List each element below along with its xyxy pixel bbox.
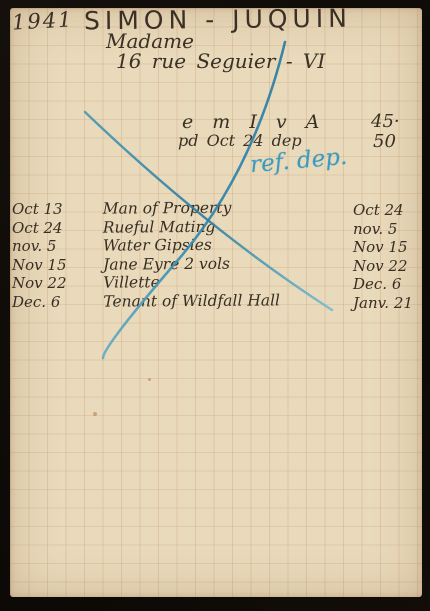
member-address: 16 rue Seguier - VI bbox=[116, 49, 325, 73]
book-title: Tenant of Wildfall Hall bbox=[103, 291, 280, 311]
book-title: Rueful Mating bbox=[103, 217, 280, 237]
checkout-date: Oct 13 bbox=[12, 200, 67, 219]
book-title: Man of Property bbox=[103, 198, 280, 218]
checkout-date: Oct 24 bbox=[12, 219, 67, 238]
membership-codes: e m I v A bbox=[182, 111, 319, 133]
book-title: Jane Eyre 2 vols bbox=[103, 254, 280, 274]
paper-speck bbox=[93, 412, 97, 416]
checkout-date: Dec. 6 bbox=[12, 293, 67, 312]
book-title: Water Gipsies bbox=[103, 235, 280, 255]
paper-speck bbox=[148, 378, 151, 381]
return-date: Oct 24 bbox=[353, 201, 413, 220]
return-date: Nov 22 bbox=[353, 257, 413, 276]
return-date: Nov 15 bbox=[353, 238, 413, 257]
amount-bottom: 50 bbox=[373, 131, 396, 152]
checkout-date: Nov 15 bbox=[12, 256, 67, 275]
checkout-date: nov. 5 bbox=[12, 237, 67, 256]
amount-top: 45· bbox=[371, 111, 400, 132]
library-lending-card: 1941 SIMON - JUQUIN Madame 16 rue Seguie… bbox=[10, 8, 422, 597]
book-titles-column: Man of Property Rueful Mating Water Gips… bbox=[103, 198, 280, 310]
paid-note: pd Oct 24 dep bbox=[178, 131, 302, 150]
checkout-date: Nov 22 bbox=[12, 274, 67, 293]
return-date: Dec. 6 bbox=[353, 275, 413, 294]
book-title: Villette bbox=[103, 272, 280, 292]
return-date: nov. 5 bbox=[353, 220, 413, 239]
return-dates-column: Oct 24 nov. 5 Nov 15 Nov 22 Dec. 6 Janv.… bbox=[353, 201, 413, 312]
return-date: Janv. 21 bbox=[353, 294, 413, 313]
card-year: 1941 bbox=[11, 7, 74, 34]
checkout-dates-column: Oct 13 Oct 24 nov. 5 Nov 15 Nov 22 Dec. … bbox=[12, 200, 67, 311]
